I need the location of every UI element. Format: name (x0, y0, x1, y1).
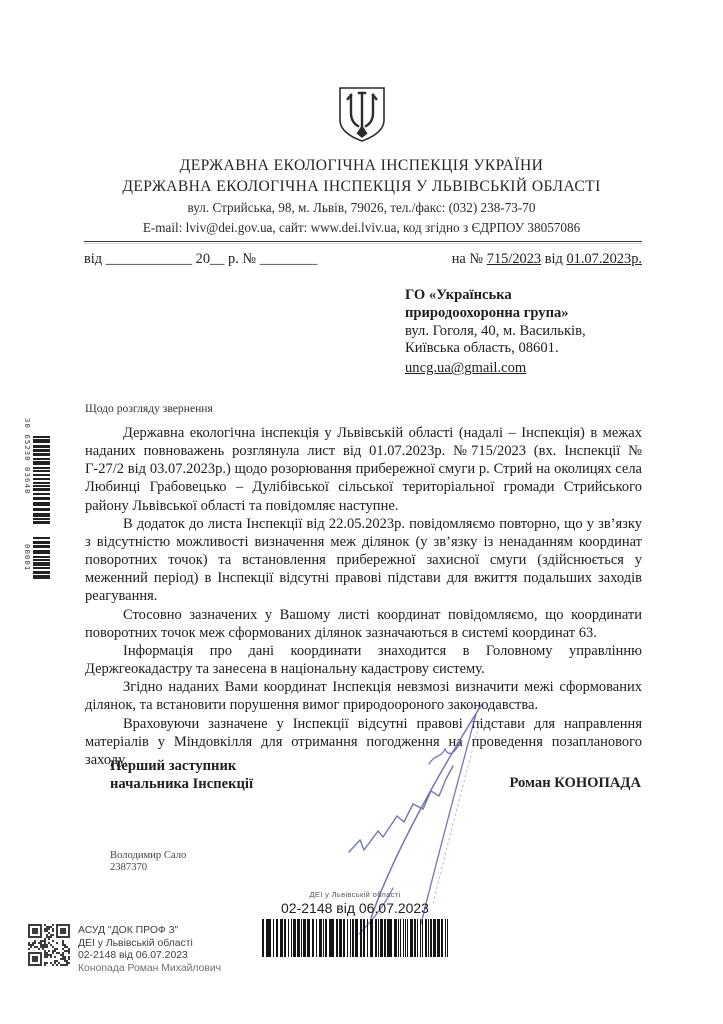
side-barcode-digits-top: 30 65230 03648 (23, 418, 32, 494)
executor-name: Володимир Сало (110, 850, 186, 862)
doc-system-person: Конопада Роман Михайлович (78, 963, 221, 976)
side-barcode-bars (33, 436, 50, 581)
addressee-address-line2: Київська область, 08601. (405, 340, 625, 358)
doc-system-org: ДЕІ у Львівській області (78, 938, 221, 951)
reference-row: від ____________ 20__ р. № ________ на №… (84, 251, 642, 268)
qr-code (28, 924, 72, 968)
org-name-national: ДЕРЖАВНА ЕКОЛОГІЧНА ІНСПЕКЦІЯ УКРАЇНИ (0, 156, 723, 177)
signer-position: Перший заступник начальника Інспекції (110, 757, 253, 793)
incoming-ref-date: 01.07.2023р. (566, 251, 642, 267)
org-name-regional: ДЕРЖАВНА ЕКОЛОГІЧНА ІНСПЕКЦІЯ У ЛЬВІВСЬК… (0, 177, 723, 198)
executor-block: Володимир Сало 2387370 (110, 850, 186, 875)
letter-body: Державна екологічна інспекція у Львівськ… (85, 424, 642, 769)
doc-system-stamp: АСУД "ДОК ПРОФ 3" ДЕІ у Львівській облас… (78, 925, 221, 975)
signer-position-line2: начальника Інспекції (110, 775, 253, 793)
incoming-ref-mid: від (541, 251, 566, 267)
addressee-name-line2: природоохоронна група» (405, 305, 625, 323)
scanned-letter-page: ДЕРЖАВНА ЕКОЛОГІЧНА ІНСПЕКЦІЯ УКРАЇНИ ДЕ… (0, 0, 723, 1024)
addressee-name-line1: ГО «Українська (405, 287, 625, 305)
body-paragraph: В додаток до листа Інспекції від 22.05.2… (85, 515, 642, 606)
body-paragraph: Інформація про дані координати знаходитс… (85, 642, 642, 678)
subject-line: Щодо розгляду звернення (85, 402, 213, 415)
addressee-email: uncg.ua@gmail.com (405, 360, 526, 378)
incoming-ref-number: 715/2023 (487, 251, 541, 267)
emblem-wrap (0, 86, 723, 149)
registration-stamp: ДЕІ у Львівській області 02-2148 від 06.… (262, 890, 448, 957)
stamp-barcode (262, 919, 448, 957)
stamp-number-date: 02-2148 від 06.07.2023 (262, 900, 448, 916)
addressee-address-line1: вул. Гоголя, 40, м. Васильків, (405, 323, 625, 341)
letterhead-divider (84, 241, 642, 242)
signer-position-line1: Перший заступник (110, 757, 253, 775)
addressee-block: ГО «Українська природоохоронна група» ву… (405, 287, 625, 378)
side-barcode-digits-bottom: 00001 (23, 544, 32, 571)
incoming-ref-prefix: на № (452, 251, 487, 267)
ukraine-trident-icon (337, 86, 387, 144)
doc-system-number-date: 02-2148 від 06.07.2023 (78, 950, 221, 963)
stamp-org-name: ДЕІ у Львівській області (262, 890, 448, 899)
incoming-ref: на № 715/2023 від 01.07.2023р. (452, 251, 642, 268)
body-paragraph: Державна екологічна інспекція у Львівськ… (85, 424, 642, 515)
letterhead: ДЕРЖАВНА ЕКОЛОГІЧНА ІНСПЕКЦІЯ УКРАЇНИ ДЕ… (0, 156, 723, 236)
side-registration-barcode: 30 65230 03648 00001 (24, 416, 54, 600)
org-address: вул. Стрийська, 98, м. Львів, 79026, тел… (0, 199, 723, 216)
body-paragraph: Стосовно зазначених у Вашому листі коорд… (85, 606, 642, 642)
doc-system-name: АСУД "ДОК ПРОФ 3" (78, 925, 221, 938)
body-paragraph: Згідно наданих Вами координат Інспекція … (85, 678, 642, 714)
signer-name: Роман КОНОПАДА (509, 775, 641, 792)
outgoing-ref-blank: від ____________ 20__ р. № ________ (84, 251, 317, 268)
org-contacts: E-mail: lviv@dei.gov.ua, сайт: www.dei.l… (0, 219, 723, 236)
executor-phone: 2387370 (110, 862, 186, 874)
